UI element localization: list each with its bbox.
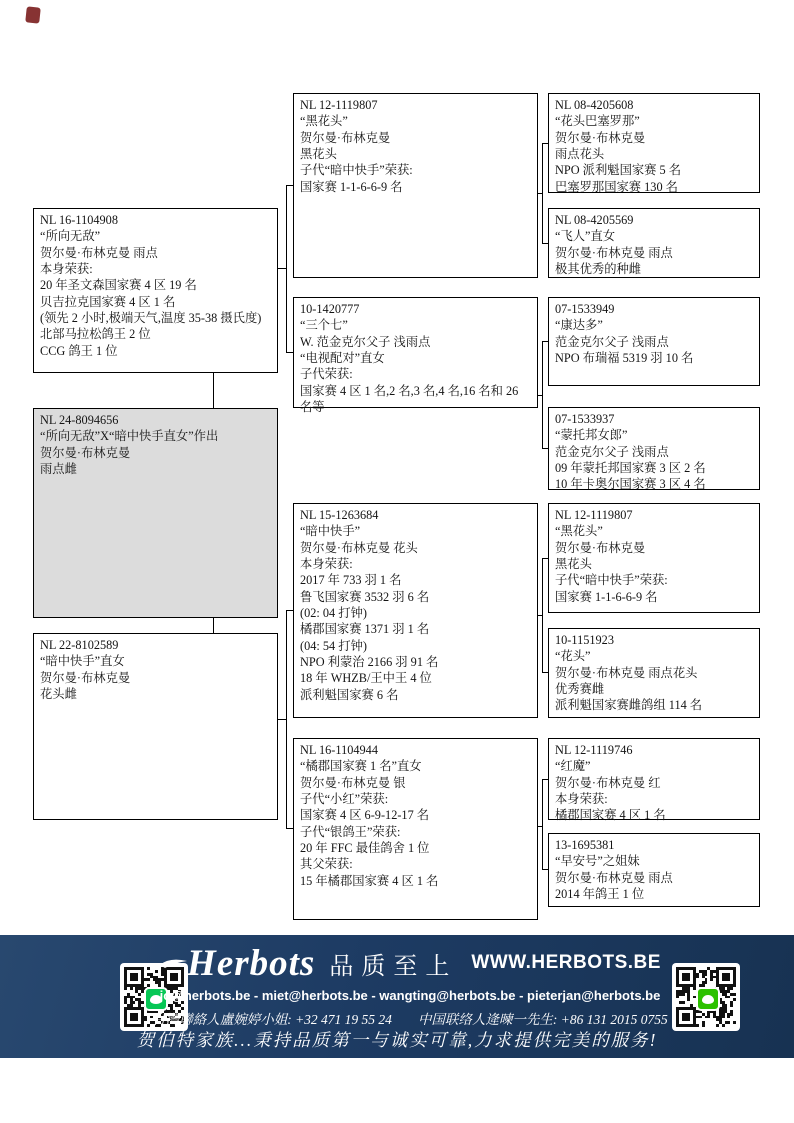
connector-line [213,618,214,633]
connector-line [286,352,294,353]
pedigree-line: 贺尔曼·布林克曼 [555,540,754,556]
pedigree-line: NL 24-8094656 [40,412,272,428]
pedigree-line: 13-1695381 [555,837,754,853]
pedigree-line: 2017 年 733 羽 1 名 [300,572,532,588]
connector-line [286,610,287,829]
pedigree-line: 范金克尔父子 浅雨点 [555,334,754,350]
pedigree-line: 子代“暗中快手”荣获: [300,162,532,178]
pedigree-box-sire-dam: 10-1420777“三个七”W. 范金克尔父子 浅雨点“电视配对”直女子代荣获… [293,297,538,408]
pedigree-line: NL 12-1119807 [555,507,754,523]
pedigree-line: “蒙托邦女郎” [555,427,754,443]
connector-line [542,448,549,449]
connector-line [286,185,287,353]
pedigree-box-sire-sire-sire: NL 08-4205608“花头巴塞罗那”贺尔曼·布林克曼雨点花头NPO 派利魁… [548,93,760,193]
pedigree-line: “飞人”直女 [555,228,754,244]
pedigree-line: “所向无敌”X“暗中快手直女”作出 [40,428,272,444]
website-text: WWW.HERBOTS.BE [471,952,661,974]
pedigree-line: 国家赛 4 区 6-9-12-17 名 [300,807,532,823]
pedigree-line: 贺尔曼·布林克曼 红 [555,775,754,791]
pedigree-line: 18 年 WHZB/王中王 4 位 [300,670,532,686]
pedigree-box-dam-sire-sire: NL 12-1119807“黑花头”贺尔曼·布林克曼黑花头子代“暗中快手”荣获:… [548,503,760,613]
pedigree-line: 优秀赛雌 [555,681,754,697]
pedigree-page: { "colors": { "banner_bg": "#1d3b63", "s… [0,0,794,1123]
pedigree-line: (02: 04 打钟) [300,605,532,621]
leaf-swoosh-icon [159,955,189,971]
pedigree-box-sire-dam-dam: 07-1533937“蒙托邦女郎”范金克尔父子 浅雨点09 年蒙托邦国家赛 3 … [548,407,760,490]
pedigree-line: 雨点雌 [40,461,272,477]
pedigree-line: CCG 鸽王 1 位 [40,343,272,359]
pedigree-line: 贺尔曼·布林克曼 银 [300,775,532,791]
pedigree-line: 20 年 FFC 最佳鸽舍 1 位 [300,840,532,856]
pedigree-line: 本身荣获: [555,791,754,807]
pedigree-line: 贺尔曼·布林克曼 [300,130,532,146]
pedigree-box-dam-dam-sire: NL 12-1119746“红魔”贺尔曼·布林克曼 红本身荣获:橘郡国家赛 4 … [548,738,760,820]
pedigree-line: “花头” [555,648,754,664]
pedigree-line: 其父荣获: [300,856,532,872]
pedigree-line: 子代“银鸽王”荣获: [300,824,532,840]
logo-row: Herbots 品质至上 WWW.HERBOTS.BE [150,941,670,985]
pedigree-box-dam-sire: NL 15-1263684“暗中快手”贺尔曼·布林克曼 花头本身荣获:2017 … [293,503,538,718]
pedigree-box-sire-sire-dam: NL 08-4205569“飞人”直女贺尔曼·布林克曼 雨点极其优秀的种雌 [548,208,760,278]
pedigree-line: 15 年橘郡国家赛 4 区 1 名 [300,873,532,889]
pedigree-line: “红魔” [555,758,754,774]
pedigree-box-subject: NL 24-8094656“所向无敌”X“暗中快手直女”作出贺尔曼·布林克曼雨点… [33,408,278,618]
connector-line [542,779,549,780]
contact-taiwan: 台灣聯絡人盧婉婷小姐: +32 471 19 55 24 [152,1008,392,1028]
pedigree-line: 09 年蒙托邦国家赛 3 区 2 名 [555,460,754,476]
pedigree-line: 贺尔曼·布林克曼 [555,130,754,146]
connector-line [542,869,549,870]
slogan-text: 贺伯特家族...秉持品质第一与诚实可靠,力求提供完美的服务! [0,1027,794,1052]
wechat-qr-code [672,963,740,1031]
pedigree-line: 10-1420777 [300,301,532,317]
connector-line [542,341,549,342]
email-list: jo@herbots.be - miet@herbots.be - wangti… [150,988,670,1003]
contact-row: 台灣聯絡人盧婉婷小姐: +32 471 19 55 24 中国联络人逄暕一先生:… [150,1008,670,1028]
pedigree-line: “三个七” [300,317,532,333]
pedigree-line: NL 16-1104908 [40,212,272,228]
pedigree-line: 派利魁国家赛雌鸽组 114 名 [555,697,754,713]
pedigree-line: 本身荣获: [40,261,272,277]
pedigree-line: NL 16-1104944 [300,742,532,758]
pedigree-line: 橘郡国家赛 1371 羽 1 名 [300,621,532,637]
pedigree-line: 橘郡国家赛 4 区 1 名 [555,807,754,823]
connector-line [542,558,549,559]
pedigree-line: 2014 年鸽王 1 位 [555,886,754,902]
pedigree-line: 贺尔曼·布林克曼 [40,445,272,461]
pedigree-line: 花头雌 [40,686,272,702]
pedigree-line: “黑花头” [300,113,532,129]
pedigree-line: 国家赛 1-1-6-6-9 名 [300,179,532,195]
pedigree-line: NL 12-1119746 [555,742,754,758]
connector-line [542,672,549,673]
pedigree-line: 派利魁国家赛 6 名 [300,687,532,703]
pedigree-line: 20 年圣文森国家赛 4 区 19 名 [40,277,272,293]
pedigree-line: 极其优秀的种雌 [555,261,754,277]
pedigree-line: 雨点花头 [555,146,754,162]
pedigree-line: “黑花头” [555,523,754,539]
pedigree-line: 范金克尔父子 浅雨点 [555,444,754,460]
connector-line [542,558,543,673]
connector-line [286,828,294,829]
pedigree-line: W. 范金克尔父子 浅雨点 [300,334,532,350]
pedigree-box-dam: NL 22-8102589“暗中快手”直女贺尔曼·布林克曼花头雌 [33,633,278,820]
pedigree-line: 子代“暗中快手”荣获: [555,572,754,588]
pedigree-line: NL 08-4205608 [555,97,754,113]
pedigree-line: 黑花头 [555,556,754,572]
pedigree-line: “电视配对”直女 [300,350,532,366]
pedigree-line: “花头巴塞罗那” [555,113,754,129]
pedigree-line: NL 12-1119807 [300,97,532,113]
pedigree-line: 子代“小红”荣获: [300,791,532,807]
pedigree-line: 贺尔曼·布林克曼 雨点 [555,870,754,886]
connector-line [542,143,543,244]
pedigree-line: NPO 派利魁国家赛 5 名 [555,162,754,178]
connector-line [286,185,294,186]
pedigree-box-dam-sire-dam: 10-1151923“花头”贺尔曼·布林克曼 雨点花头优秀赛雌派利魁国家赛雌鸽组… [548,628,760,718]
corner-stamp-icon [25,6,41,23]
pedigree-line: (领先 2 小时,极端天气,温度 35-38 摄氏度) [40,310,272,326]
herbots-logo: Herbots [159,942,315,985]
pedigree-line: 贺尔曼·布林克曼 雨点花头 [555,665,754,681]
pedigree-line: 子代荣获: [300,366,532,382]
pedigree-line: 10-1151923 [555,632,754,648]
logo-text: Herbots [187,942,315,985]
pedigree-line: “橘郡国家赛 1 名”直女 [300,758,532,774]
connector-line [286,610,294,611]
pedigree-line: 国家赛 1-1-6-6-9 名 [555,589,754,605]
pedigree-line: “暗中快手” [300,523,532,539]
pedigree-box-sire-sire: NL 12-1119807“黑花头”贺尔曼·布林克曼黑花头子代“暗中快手”荣获:… [293,93,538,278]
pedigree-line: 贺尔曼·布林克曼 [40,670,272,686]
pedigree-box-sire: NL 16-1104908“所向无敌”贺尔曼·布林克曼 雨点本身荣获:20 年圣… [33,208,278,373]
pedigree-line: “康达多” [555,317,754,333]
pedigree-line: NPO 利蒙治 2166 羽 91 名 [300,654,532,670]
pedigree-line: 07-1533949 [555,301,754,317]
pedigree-line: 贝吉拉克国家赛 4 区 1 名 [40,294,272,310]
pedigree-line: NL 15-1263684 [300,507,532,523]
pedigree-line: 巴塞罗那国家赛 130 名 [555,179,754,195]
pedigree-line: 本身荣获: [300,556,532,572]
pedigree-line: 贺尔曼·布林克曼 雨点 [555,245,754,261]
pedigree-line: 贺尔曼·布林克曼 花头 [300,540,532,556]
banner-content: Herbots 品质至上 WWW.HERBOTS.BE jo@herbots.b… [150,941,670,1028]
pedigree-line: “暗中快手”直女 [40,653,272,669]
pedigree-line: 10 年卡奥尔国家赛 3 区 4 名 [555,476,754,492]
pedigree-line: 07-1533937 [555,411,754,427]
pedigree-line: “早安号”之姐妹 [555,853,754,869]
wechat-icon [696,987,720,1011]
connector-line [542,341,543,449]
tagline-cn: 品质至上 [329,946,457,981]
pedigree-line: NL 08-4205569 [555,212,754,228]
footer-banner: Herbots 品质至上 WWW.HERBOTS.BE jo@herbots.b… [0,935,794,1058]
pedigree-line: (04: 54 打钟) [300,638,532,654]
pedigree-line: 国家赛 4 区 1 名,2 名,3 名,4 名,16 名和 26 名等 [300,383,532,416]
contact-china: 中国联络人逄暕一先生: +86 131 2015 0755 [418,1008,668,1028]
pedigree-line: 北部马拉松鸽王 2 位 [40,326,272,342]
pedigree-box-dam-dam: NL 16-1104944“橘郡国家赛 1 名”直女贺尔曼·布林克曼 银子代“小… [293,738,538,920]
pedigree-box-dam-dam-dam: 13-1695381“早安号”之姐妹贺尔曼·布林克曼 雨点2014 年鸽王 1 … [548,833,760,907]
pedigree-box-sire-dam-sire: 07-1533949“康达多”范金克尔父子 浅雨点NPO 布瑞福 5319 羽 … [548,297,760,386]
connector-line [542,243,549,244]
connector-line [542,143,549,144]
connector-line [213,373,214,408]
connector-line [542,779,543,870]
pedigree-line: 鲁飞国家赛 3532 羽 6 名 [300,589,532,605]
pedigree-line: “所向无敌” [40,228,272,244]
pedigree-line: 黑花头 [300,146,532,162]
pedigree-line: NL 22-8102589 [40,637,272,653]
pedigree-line: 贺尔曼·布林克曼 雨点 [40,245,272,261]
pedigree-line: NPO 布瑞福 5319 羽 10 名 [555,350,754,366]
